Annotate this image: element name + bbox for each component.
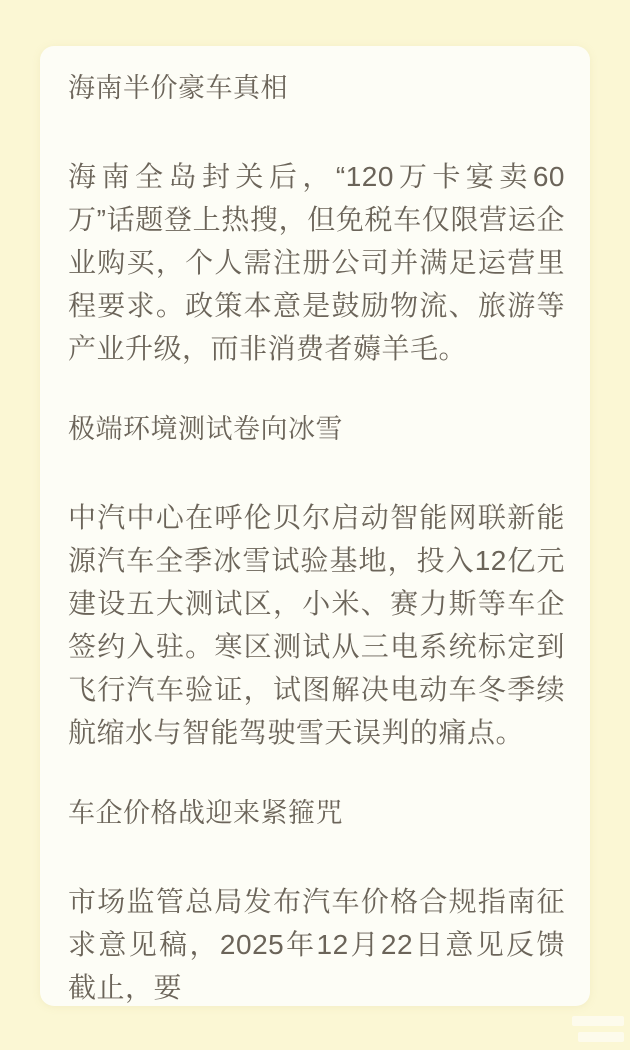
watermark-row	[572, 1016, 624, 1026]
article-section: 车企价格战迎来紧箍咒 市场监管总局发布汽车价格合规指南征求意见稿，2025年12…	[68, 792, 565, 1006]
article-paragraph: 市场监管总局发布汽车价格合规指南征求意见稿，2025年12月22日意见反馈截止，…	[68, 880, 565, 1006]
section-heading: 海南半价豪车真相	[68, 67, 565, 110]
article-section: 海南半价豪车真相 海南全岛封关后，“120万卡宴卖60万”话题登上热搜，但免税车…	[68, 67, 565, 370]
article-paragraph: 中汽中心在呼伦贝尔启动智能网联新能源汽车全季冰雪试验基地，投入12亿元建设五大测…	[68, 496, 565, 754]
article-card: 海南半价豪车真相 海南全岛封关后，“120万卡宴卖60万”话题登上热搜，但免税车…	[40, 46, 590, 1006]
page-background: { "page": { "background_color": "#FBF7D4…	[0, 0, 630, 1050]
section-heading: 车企价格战迎来紧箍咒	[68, 792, 565, 835]
watermark-row	[578, 1032, 624, 1042]
section-heading: 极端环境测试卷向冰雪	[68, 408, 565, 451]
article-paragraph: 海南全岛封关后，“120万卡宴卖60万”话题登上热搜，但免税车仅限营运企业购买，…	[68, 155, 565, 370]
article-section: 极端环境测试卷向冰雪 中汽中心在呼伦贝尔启动智能网联新能源汽车全季冰雪试验基地，…	[68, 408, 565, 754]
watermark	[572, 1016, 624, 1042]
